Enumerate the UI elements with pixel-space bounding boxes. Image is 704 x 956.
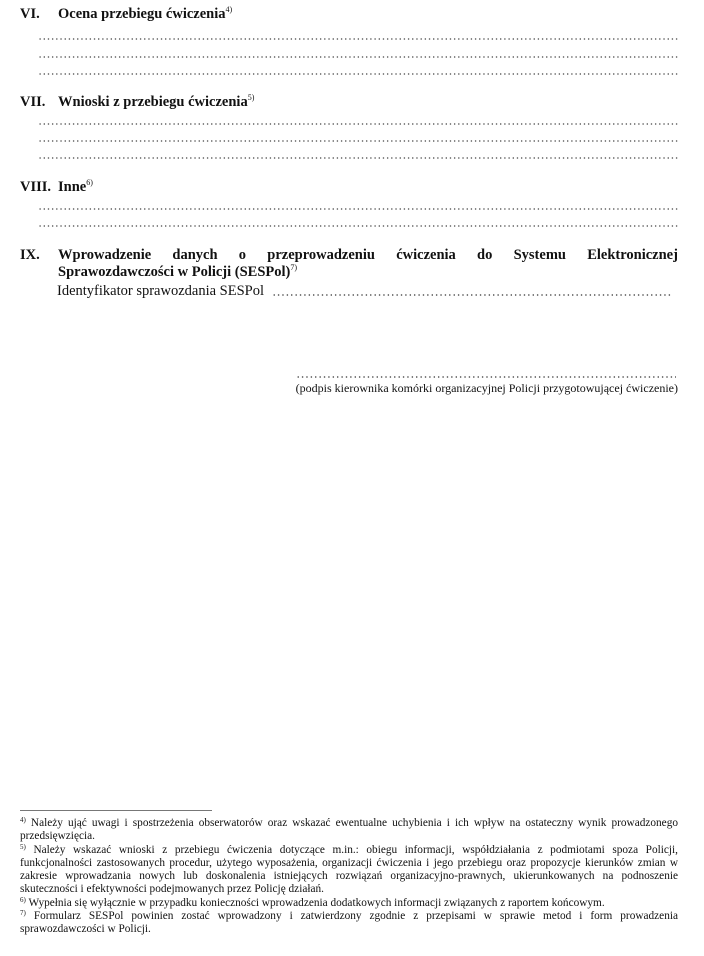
fill-in-line[interactable] [38, 56, 678, 58]
fill-in-line[interactable] [38, 73, 678, 75]
section-number: VIII. [20, 179, 58, 196]
fill-in-line[interactable] [38, 225, 678, 227]
footnote-ref: 7) [290, 263, 297, 272]
footnote-ref: 4) [226, 5, 233, 14]
title-word: do [477, 247, 492, 264]
footnote-ref: 6) [86, 178, 93, 187]
title-word: danych [172, 247, 217, 264]
title-word: ćwiczenia [396, 247, 456, 264]
fill-in-line[interactable] [38, 123, 678, 125]
signature-line[interactable] [296, 376, 676, 378]
footnote-separator [20, 810, 212, 811]
section-viii-heading: VIII.Inne6) [20, 179, 93, 196]
section-title-line-1: Wprowadzeniedanychoprzeprowadzeniućwicze… [58, 247, 678, 264]
fill-in-line[interactable] [38, 140, 678, 142]
fill-in-line[interactable] [38, 38, 678, 40]
title-word: Wprowadzenie [58, 247, 151, 264]
title-word: Systemu [514, 247, 566, 264]
report-id-label: Identyfikator sprawozdania SESPol [57, 283, 264, 300]
section-title: Ocena przebiegu ćwiczenia [58, 6, 226, 22]
footnote-5: 5) Należy wskazać wnioski z przebiegu ćw… [20, 844, 678, 897]
fill-in-line[interactable] [38, 208, 678, 210]
section-number: VI. [20, 6, 58, 23]
title-word: o [239, 247, 246, 264]
section-title: Inne [58, 179, 86, 195]
footnote-4: 4) Należy ująć uwagi i spostrzeżenia obs… [20, 817, 678, 844]
footnotes: 4) Należy ująć uwagi i spostrzeżenia obs… [20, 817, 678, 937]
section-title-line-2: Sprawozdawczości w Policji (SESPol)7) [58, 264, 698, 281]
section-title: Wnioski z przebiegu ćwiczenia [58, 94, 248, 110]
signature-caption: (podpis kierownika komórki organizacyjne… [296, 381, 678, 395]
section-number: IX. [20, 247, 40, 264]
fill-in-line[interactable] [38, 157, 678, 159]
section-number: VII. [20, 94, 58, 111]
section-vii-heading: VII.Wnioski z przebiegu ćwiczenia5) [20, 94, 254, 111]
footnote-ref: 5) [248, 93, 255, 102]
section-vi-heading: VI.Ocena przebiegu ćwiczenia4) [20, 6, 232, 23]
footnote-6: 6) Wypełnia się wyłącznie w przypadku ko… [20, 897, 678, 910]
document-page: VI.Ocena przebiegu ćwiczenia4) VII.Wnios… [0, 0, 704, 956]
title-word: Elektronicznej [587, 247, 678, 264]
footnote-7: 7) Formularz SESPol powinien zostać wpro… [20, 910, 678, 937]
report-id-field[interactable] [272, 294, 672, 296]
title-word: przeprowadzeniu [267, 247, 375, 264]
section-title: Wprowadzeniedanychoprzeprowadzeniućwicze… [58, 247, 698, 281]
